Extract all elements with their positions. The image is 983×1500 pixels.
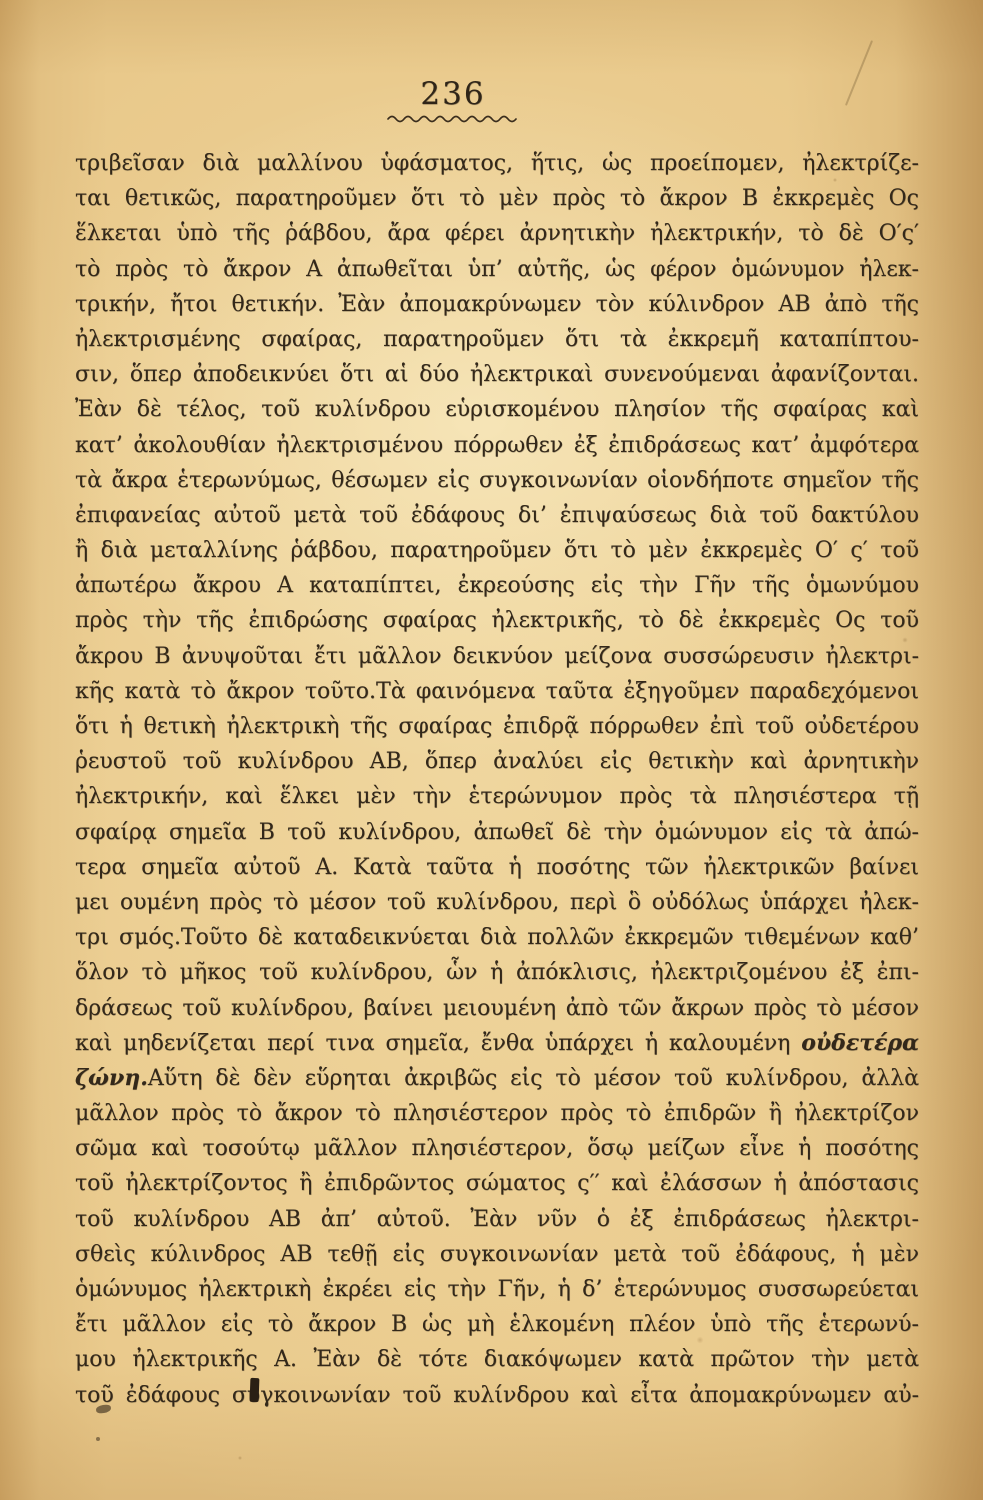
page-number: 236 xyxy=(387,76,519,112)
text-line: ὅτι ἡ θετικὴ ἠλεκτρικὴ τῆς σφαίρας ἐπιδρ… xyxy=(75,709,919,744)
text-line: ὁμώνυμος ἠλεκτρικὴ ἐκρέει εἰς τὴν Γῆν, ἡ… xyxy=(75,1272,919,1307)
text-line: ζώνη.Αὕτη δὲ δὲν εὕρηται ἀκριβῶς εἰς τὸ … xyxy=(75,1061,919,1096)
text-line: τοῦ κυλίνδρου ΑΒ ἀπ’ αὐτοῦ. Ἐὰν νῦν ὁ ἐξ… xyxy=(75,1202,919,1237)
text-line: κῆς κατὰ τὸ ἄκρον τοῦτο.Τὰ φαινόμενα ταῦ… xyxy=(75,674,919,709)
text-line: τοῦ ἐδάφους συγκοινωνίαν τοῦ κυλίνδρου κ… xyxy=(75,1378,919,1413)
text-line: τρι σμός.Τοῦτο δὲ καταδεικνύεται διὰ πολ… xyxy=(75,920,919,955)
text-line: Ἐὰν δὲ τέλος, τοῦ κυλίνδρου εὑρισκομένου… xyxy=(75,392,919,427)
text-line: κατ’ ἀκολουθίαν ἠλεκτρισμένου πόρρωθεν ἐ… xyxy=(75,428,919,463)
text-line: σφαίρᾳ σημεῖα Β τοῦ κυλίνδρου, ἀπωθεῖ δὲ… xyxy=(75,815,919,850)
text-line: ἠλεκτρισμένης σφαίρας, παρατηροῦμεν ὅτι … xyxy=(75,322,919,357)
text-line: ἕλκεται ὑπὸ τῆς ῥάβδου, ἄρα φέρει ἀρνητι… xyxy=(75,216,919,251)
text-line: τριβεῖσαν διὰ μαλλίνου ὑφάσματος, ἥτις, … xyxy=(75,146,919,181)
ink-blot xyxy=(250,1378,260,1402)
text-line: ἠλεκτρικήν, καὶ ἕλκει μὲν τὴν ἑτερώνυμον… xyxy=(75,779,919,814)
text-line: σῶμα καὶ τοσούτῳ μᾶλλον πλησιέστερον, ὅσ… xyxy=(75,1131,919,1166)
text-line: τερα σημεῖα αὐτοῦ Α. Κατὰ ταῦτα ἡ ποσότη… xyxy=(75,850,919,885)
text-line: ἔτι μᾶλλον εἰς τὸ ἄκρον Β ὡς μὴ ἑλκομένη… xyxy=(75,1307,919,1342)
text-line: ται θετικῶς, παρατηροῦμεν ὅτι τὸ μὲν πρὸ… xyxy=(75,181,919,216)
text-line: ἐπιφανείας αὐτοῦ μετὰ τοῦ ἐδάφους δι’ ἐπ… xyxy=(75,498,919,533)
text-line: τοῦ ἠλεκτρίζοντος ἢ ἐπιδρῶντος σώματος ς… xyxy=(75,1166,919,1201)
text-line: τὸ πρὸς τὸ ἄκρον Α ἀπωθεῖται ὑπ’ αὐτῆς, … xyxy=(75,252,919,287)
pen-hairline-mark xyxy=(845,40,873,106)
text-line: ἢ διὰ μεταλλίνης ῥάβδου, παρατηροῦμεν ὅτ… xyxy=(75,533,919,568)
text-line: ὅλον τὸ μῆκος τοῦ κυλίνδρου, ὧν ἡ ἀπόκλι… xyxy=(75,955,919,990)
text-line: ῥευστοῦ τοῦ κυλίνδρου ΑΒ, ὅπερ ἀναλύει ε… xyxy=(75,744,919,779)
text-line: καὶ μηδενίζεται περί τινα σημεῖα, ἔνθα ὑ… xyxy=(75,1026,919,1061)
text-line: ἀπωτέρω ἄκρου Α καταπίπτει, ἐκρεούσης εἰ… xyxy=(75,568,919,603)
ornament-wavy-rule-icon xyxy=(386,112,520,124)
text-line: μᾶλλον πρὸς τὸ ἄκρον τὸ πλησιέστερον πρὸ… xyxy=(75,1096,919,1131)
body-text: τριβεῖσαν διὰ μαλλίνου ὑφάσματος, ἥτις, … xyxy=(75,146,919,1413)
text-line: δράσεως τοῦ κυλίνδρου, βαίνει μειουμένη … xyxy=(75,991,919,1026)
text-line: τρικήν, ἤτοι θετικήν. Ἐὰν ἀπομακρύνωμεν … xyxy=(75,287,919,322)
text-line: μου ἠλεκτρικῆς Α. Ἐὰν δὲ τότε διακόψωμεν… xyxy=(75,1342,919,1377)
text-line: πρὸς τὴν τῆς ἐπιδρώσης σφαίρας ἠλεκτρικῆ… xyxy=(75,603,919,638)
text-line: ἄκρου Β ἀνυψοῦται ἔτι μᾶλλον δεικνύον με… xyxy=(75,639,919,674)
book-page: 236 τριβεῖσαν διὰ μαλλίνου ὑφάσματος, ἥτ… xyxy=(0,0,983,1500)
ink-dot xyxy=(96,1437,100,1441)
text-line: σθεὶς κύλινδρος ΑΒ τεθῇ εἰς συγκοινωνίαν… xyxy=(75,1237,919,1272)
text-line: τὰ ἄκρα ἑτερωνύμως, θέσωμεν εἰς συγκοινω… xyxy=(75,463,919,498)
text-line: σιν, ὅπερ ἀποδεικνύει ὅτι αἱ δύο ἠλεκτρι… xyxy=(75,357,919,392)
text-line: μει ουμένη πρὸς τὸ μέσον τοῦ κυλίνδρου, … xyxy=(75,885,919,920)
